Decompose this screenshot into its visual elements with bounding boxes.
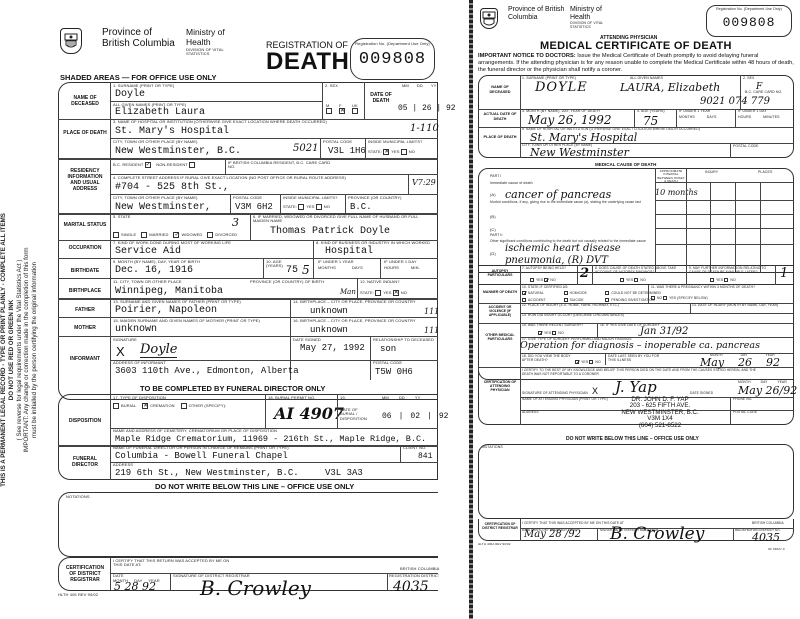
informant-postal-value[interactable]: T5W 0H6 <box>375 368 413 377</box>
ministry-name: Ministry of Health <box>186 27 236 47</box>
father-code: 111 <box>424 307 439 316</box>
under-year-cols: MONTHSDAYS <box>318 266 363 270</box>
part2-label: PART II <box>490 234 503 238</box>
section-father: FATHER <box>62 307 108 313</box>
right-registration-number: 009808 <box>707 15 791 30</box>
client-no-label: CLIENT NO. <box>403 446 426 450</box>
view-body-label: 18. DID YOU VIEW THE BODY AFTER DEATH? <box>522 355 572 362</box>
side-notice-line-1: THIS IS A PERMANENT LEGAL RECORD - TYPE … <box>0 140 8 560</box>
client-no-value[interactable]: 841 <box>418 453 432 461</box>
physician-postal-label: POSTAL CODE <box>733 411 757 415</box>
registration-number-box: Registration No. (Department Use Only) 0… <box>350 38 435 80</box>
city-label: CITY, TOWN OR OTHER PLACE (by name) <box>113 140 198 144</box>
address-value[interactable]: #704 - 525 8th St., <box>115 183 229 193</box>
section-registrar: CERTIFICATION OF DISTRICT REGISTRAR <box>62 565 108 583</box>
section-place-of-death: PLACE OF DEATH <box>62 130 108 136</box>
injury-date-label: 13. DATE OF INJURY (MONTH by name, DAY, … <box>692 304 778 308</box>
sheet-divider <box>469 0 473 619</box>
right-section-manner: MANNER OF DEATH <box>481 290 519 294</box>
postal-value[interactable]: V3L 1H6 <box>328 147 366 156</box>
inside-no-checkbox[interactable] <box>401 149 407 155</box>
autopsy-q1: 7. AUTOPSY BEING HELD? <box>522 267 566 271</box>
relationship-label: RELATIONSHIP TO DECEASED <box>373 338 437 342</box>
spouse-value[interactable]: Thomas Patrick Doyle <box>270 227 390 237</box>
physician-name-label: NAME OF ATTENDING PHYSICIAN (Print or Ty… <box>522 398 608 402</box>
registration-number: 009808 <box>351 50 434 69</box>
autopsy-q3: 9. MAY FURTHER INFORMATION RELATING TO C… <box>689 267 774 274</box>
registrar-district-value[interactable]: 4035 <box>393 579 429 595</box>
bc-resident-checkbox[interactable]: ✓ <box>145 162 151 168</box>
col-places-label: PLACES <box>758 171 772 175</box>
manner-accident[interactable]: ACCIDENT <box>522 298 564 303</box>
mother-code: 111 <box>424 326 439 335</box>
autopsy-q1-yes[interactable] <box>530 278 534 282</box>
dod-columns: MMDDYY <box>402 84 436 88</box>
disposition-date-value[interactable]: 06|02|92 <box>382 412 448 421</box>
res-city-value[interactable]: New Westminster, <box>115 203 211 213</box>
marital-state-code: 3 <box>232 216 239 229</box>
registrar-signature[interactable]: B. Crowley <box>200 576 311 600</box>
surname-value[interactable]: Doyle <box>115 90 145 100</box>
marital-widowed[interactable]: ✓WIDOWED <box>173 232 202 238</box>
physician-stamp: DR. JOHN D. F. YAP 203 - 625 FIFTH AVE. … <box>600 397 720 429</box>
cause-a-interval[interactable]: 10 months <box>655 188 698 197</box>
funeral-address-label: ADDRESS <box>113 463 133 467</box>
disposition-other[interactable]: OTHER (SPECIFY): <box>181 403 227 409</box>
last-seen-label: DATE LAST SEEN BY YOU FOR THIS ILLNESS <box>608 355 668 362</box>
city-value[interactable]: New Westminster, B.C. <box>115 147 241 157</box>
inside-yes-checkbox[interactable]: ✕ <box>383 149 389 155</box>
funeral-name-value[interactable]: Columbia - Bowell Funeral Chapel <box>115 452 288 461</box>
side-notice-line-3: ( See reverse for legal requirements und… <box>16 140 24 560</box>
burial-permit-label: 18. BURIAL PERMIT No. <box>268 396 315 400</box>
funeral-director-heading: TO BE COMPLETED BY FUNERAL DIRECTOR ONLY <box>140 384 325 393</box>
due-to-label: Morbid conditions, if any, giving rise t… <box>490 201 660 205</box>
funeral-name-label: NAME OF FUNERAL DIRECTOR OR PERSON IN CH… <box>113 446 289 450</box>
right-registrar-certify: I CERTIFY THAT THIS WAS ACCEPTED BY ME O… <box>522 522 624 526</box>
section-birthplace: BIRTHPLACE <box>62 288 108 294</box>
birth-province-label: PROVINCE (or country) OF BIRTH <box>250 280 324 284</box>
section-disposition: DISPOSITION <box>62 418 108 424</box>
immediate-cause-label: Immediate cause of death <box>490 182 533 186</box>
native-yes[interactable] <box>375 290 381 296</box>
right-city-value[interactable]: New Westminster <box>530 146 629 159</box>
right-section-certification: CERTIFICATION OF ATTENDING PHYSICIAN <box>481 380 519 393</box>
registration-number-label: Registration No. (Department Use Only) <box>351 42 434 46</box>
sex-label: 2. SEX <box>325 84 338 88</box>
right-section-other-medical: OTHER MEDICAL PARTICULARS <box>481 333 519 341</box>
inside-limits-options: STATE: ✕YES NO <box>368 149 415 155</box>
residence-type: B.C. RESIDENT ✓ NON-RESIDENT <box>113 162 197 168</box>
right-ministry-name: Ministry of Health <box>570 6 610 22</box>
division-name: Division of Vital Statistics <box>186 48 246 57</box>
father-value[interactable]: Poirier, Napoleon <box>115 306 217 316</box>
mother-label: 15. MAIDEN SURNAME AND GIVEN NAMES OF MO… <box>113 319 260 323</box>
autopsy-q3-options: YES NO <box>710 278 736 283</box>
right-registrar-district[interactable]: 4035 <box>752 531 780 544</box>
informant-signature[interactable]: Doyle <box>140 342 177 358</box>
industry-value[interactable]: Hospital <box>325 247 373 257</box>
right-registration-box: Registration No. (Department Use Only) 0… <box>706 5 792 37</box>
res-postal-value[interactable]: V3M 6H2 <box>235 203 273 212</box>
certification-statement: I CERTIFY TO THE BEST OF MY KNOWLEDGE AN… <box>522 369 762 376</box>
autopsy-q1-options: YES ✓NO <box>530 278 556 283</box>
address-label: 4. COMPLETE STREET ADDRESS if rural give… <box>113 176 373 180</box>
registrar-bc-label: BRITISH COLUMBIA <box>400 567 439 571</box>
right-section-registrar: CERTIFICATION OF DISTRICT REGISTRAR <box>481 523 519 531</box>
cause-d-line-1[interactable]: ischemic heart disease <box>505 243 621 254</box>
informant-signature-label: SIGNATURE <box>113 338 137 342</box>
form-title-large: DEATH <box>266 48 349 76</box>
disposition-date-number: 19. <box>340 396 346 400</box>
age-code: 5 <box>302 263 310 277</box>
sex-options: M F✕ UK <box>326 104 360 114</box>
mother-birthplace-label: 16. BIRTHPLACE – CITY OR PLACE, PROVINCE… <box>293 319 416 323</box>
autopsy-q1-code: 2 <box>580 266 589 281</box>
informant-date-label: DATE SIGNED <box>293 338 321 342</box>
birth-province-code: Man <box>340 288 356 296</box>
physician-date-label: DATE SIGNED <box>690 392 713 396</box>
surgery-type-value[interactable]: Operation for diagnosis – inoperable ca.… <box>520 340 760 351</box>
res-province-value[interactable]: B.C. <box>350 203 372 212</box>
right-section-autopsy: AUTOPSY PARTICULARS <box>481 269 519 277</box>
marital-single[interactable]: SINGLE <box>113 232 136 238</box>
sex-option-m[interactable]: M <box>326 104 334 114</box>
section-occupation: OCCUPATION <box>62 245 108 251</box>
occupation-value[interactable]: Service Aid <box>115 247 181 257</box>
right-section-name: NAME OF DECEASED <box>481 85 519 94</box>
notations-label: NOTATIONS <box>66 495 90 499</box>
birthplace-value[interactable]: Winnipeg, Manitoba <box>115 287 223 297</box>
physician-sig-label: SIGNATURE OF ATTENDING PHYSICIAN <box>522 392 588 396</box>
right-province-name: Province of British Columbia <box>508 6 568 22</box>
birthplace-label: 11. CITY, TOWN OR OTHER PLACE <box>113 280 182 284</box>
injury-place-label: 12. PLACE OF INJURY (e.g. home, farm, hi… <box>522 304 619 308</box>
section-mother: MOTHER <box>62 325 108 331</box>
section-informant: INFORMANT <box>62 356 108 362</box>
inside-limits-label: INSIDE MUNICIPAL LIMITS? <box>368 140 422 144</box>
relationship-value[interactable]: son <box>380 345 396 354</box>
informant-address-label: ADDRESS OF INFORMANT <box>113 361 166 365</box>
medical-cause-heading: MEDICAL CAUSE OF DEATH <box>595 162 656 167</box>
notations-box <box>58 492 438 557</box>
physician-signature[interactable]: J. Yap <box>615 378 657 396</box>
side-notice-line-4: IMPORTANT: Any change or correction made… <box>23 140 31 560</box>
right-section-place: PLACE OF DEATH <box>481 135 519 140</box>
right-under-year: IF UNDER 1 YEAR MONTHSDAYS <box>679 110 716 120</box>
right-form-code: SF 94627-0 <box>768 548 785 551</box>
side-notice-line-5: must be initialled by the person certify… <box>31 140 39 560</box>
marital-married[interactable]: MARRIED <box>141 232 168 238</box>
province-name: Province of British Columbia <box>102 27 182 49</box>
date-of-death-value[interactable]: 05 | 26 | 92 <box>398 104 456 113</box>
section-residency: RESIDENCY INFORMATION AND USUAL ADDRESS <box>62 168 108 192</box>
care-card-label: IF BRITISH COLUMBIA RESIDENT, B.C. CARE … <box>228 161 338 170</box>
hospital-code: 1-110 <box>410 123 439 134</box>
date-of-death-label: DATE OF DEATH <box>366 92 396 104</box>
pregnancy-label: 11. WAS THERE A PREGNANCY WITHIN 3 MONTH… <box>651 286 761 290</box>
disposition-place-label: NAME AND ADDRESS OF CEMETERY, CREMATORIU… <box>113 429 277 433</box>
right-under-day: IF UNDER 1 DAY HOURSMINUTES <box>738 110 780 120</box>
left-form-number: HLTH 405 REV 90/02 <box>58 593 98 597</box>
manner-label: 10. STATE IF CERTIFIED AS: <box>522 286 568 290</box>
right-postal-label: POSTAL CODE <box>733 145 759 149</box>
informant-postal-label: POSTAL CODE <box>373 361 402 365</box>
cause-d-prefix: (d) <box>490 252 496 256</box>
right-registrar-date[interactable]: May 28 /92 <box>524 529 581 540</box>
marital-divorced[interactable]: DIVORCED <box>207 232 237 238</box>
manner-undetermined[interactable]: COULD NOT BE DETERMINED <box>605 291 672 296</box>
cause-c-prefix: (c) <box>490 228 496 232</box>
birthdate-label: 9. MONTH (by name), DAY, YEAR OF BIRTH <box>113 260 200 264</box>
res-inside-options: STATE: YES NO <box>283 204 330 210</box>
native-options: STATE: YES ✕NO <box>360 290 407 296</box>
right-dod-value[interactable]: May 26, 1992 <box>528 113 611 127</box>
right-notations-box <box>478 444 794 519</box>
sex-option-uk[interactable]: UK <box>352 104 360 114</box>
surgery-date-value[interactable]: Jan 31/92 <box>640 326 688 337</box>
birthdate-value[interactable]: Dec. 16, 1916 <box>115 266 193 276</box>
city-code: 5021 <box>293 143 318 154</box>
marital-state-label: 5. STATE <box>113 215 131 219</box>
manner-natural[interactable]: ✓NATURAL <box>522 291 564 296</box>
hospital-value[interactable]: St. Mary's Hospital <box>115 127 229 137</box>
mother-value[interactable]: unknown <box>115 325 157 335</box>
informant-date-value[interactable]: May 27, 1992 <box>300 344 365 353</box>
res-province-label: PROVINCE (or country) <box>348 196 402 200</box>
disposition-options: BURIAL ✕CREMATION OTHER (SPECIFY): <box>113 403 226 409</box>
registrar-date-value[interactable]: 5 28 92 <box>114 580 156 593</box>
cause-a-prefix: (a) <box>490 193 496 197</box>
physician-phone-label: PHONE NO. <box>733 398 752 402</box>
side-legal-notice: THIS IS A PERMANENT LEGAL RECORD - TYPE … <box>0 140 50 560</box>
disposition-date-cols: MMDDYY <box>382 396 420 400</box>
disposition-place-value[interactable]: Maple Ridge Crematorium, 11969 - 216th S… <box>115 435 426 444</box>
surname-label: 1. SURNAME (Print or Type) <box>113 84 174 88</box>
burial-permit-value[interactable]: AI 4907 <box>274 404 344 423</box>
native-no[interactable]: ✕ <box>393 290 399 296</box>
office-use-heading: DO NOT WRITE BELOW THIS LINE – OFFICE US… <box>155 482 354 491</box>
right-sex-label: 2. SEX <box>743 77 755 81</box>
right-notations-label: NOTATIONS <box>482 446 503 450</box>
right-given-value[interactable]: LAURA, Elizabeth <box>620 81 720 94</box>
autopsy-q3-code: 1 <box>780 266 788 281</box>
injury-how-label: 14. HOW DID INJURY OCCUR? (describe circ… <box>522 314 624 318</box>
funeral-address-value[interactable]: 219 6th St., New Westminster, B.C. <box>115 469 299 478</box>
manner-options: ✓NATURAL HOMICIDE COULD NOT BE DETERMINE… <box>522 291 672 302</box>
non-resident-checkbox[interactable] <box>189 162 195 168</box>
res-postal-label: POSTAL CODE <box>233 196 262 200</box>
disposition-date-label: DATE OF BURIAL / DISPOSITION <box>340 408 370 421</box>
father-label: 13. SURNAME AND GIVEN NAMES OF FATHER (P… <box>113 300 241 304</box>
right-registrar-bc: BRITISH COLUMBIA <box>752 522 784 526</box>
res-inside-label: INSIDE MUNICIPAL LIMITS? <box>283 196 337 200</box>
side-notice-line-2: DO NOT USE RED OR GREEN INK <box>8 140 16 560</box>
disposition-type-label: 17. TYPE OF DISPOSITION <box>113 396 166 400</box>
industry-label: 8. KIND OF BUSINESS OR INDUSTRY IN WHICH… <box>316 241 436 245</box>
disposition-burial[interactable]: BURIAL <box>113 403 136 409</box>
registrar-district-label: REGISTRATION DISTRICT <box>389 574 439 578</box>
postal-label: POSTAL CODE <box>323 140 352 144</box>
right-care-label: B.C. CARE CARD NO. <box>745 91 782 95</box>
autopsy-q1-no[interactable]: ✓ <box>544 278 548 282</box>
right-division-name: Division of Vital Statistics <box>570 22 620 30</box>
physician-date-value[interactable]: May 26/92 <box>738 384 797 397</box>
bc-crest-icon <box>60 28 82 54</box>
hospital-label: 3. NAME OF HOSPITAL OR INSTITUTION (Othe… <box>113 120 333 124</box>
surgery-label: 15. WAS THERE RECENT SURGERY? <box>522 324 583 328</box>
funeral-postal-value[interactable]: V3L 3A3 <box>325 469 363 478</box>
office-use-banner: SHADED AREAS — FOR OFFICE USE ONLY <box>60 73 217 82</box>
sex-option-f[interactable]: F✕ <box>339 104 347 114</box>
right-registrar-signature[interactable]: B. Crowley <box>610 524 704 544</box>
section-funeral-director: FUNERAL DIRECTOR <box>62 456 108 468</box>
surgery-options: ✓YES NO <box>538 331 564 336</box>
right-surname-value[interactable]: DOYLE <box>535 80 588 95</box>
occupation-label: 7. KIND OF WORK DONE DURING MOST OF WORK… <box>113 241 231 245</box>
bc-crest-icon-right <box>480 8 498 29</box>
right-section-accident: ACCIDENT OR VIOLENCE (IF APPLICABLE) <box>481 306 519 318</box>
right-age-value[interactable]: 75 <box>643 114 658 128</box>
informant-address-value[interactable]: 3603 110th Ave., Edmonton, Alberta <box>115 367 299 376</box>
right-care-value[interactable]: 9021 074 779 <box>700 96 770 107</box>
right-section-date-of-death: ACTUAL DATE OF DEATH <box>481 112 519 121</box>
disposition-cremation[interactable]: ✕CREMATION <box>142 403 175 409</box>
mother-birthplace-value[interactable]: unknown <box>310 326 348 335</box>
view-body-options: ✓YES NO <box>575 360 601 365</box>
native-label: 12. NATIVE INDIAN? <box>360 280 400 284</box>
autopsy-q2: 8. DOES CAUSE OF DEATH STATED ABOVE TAKE… <box>595 267 685 274</box>
manner-homicide[interactable]: HOMICIDE <box>564 291 606 296</box>
manner-suicide[interactable]: SUICIDE <box>564 298 606 303</box>
address-code: V7:29 <box>412 178 436 187</box>
autopsy-q2-options: YES NO <box>620 278 646 283</box>
section-name-of-deceased: NAME OF DECEASED <box>62 95 108 107</box>
registrar-certify: I CERTIFY THAT THIS RETURN WAS ACCEPTED … <box>113 559 233 568</box>
physician-address-label: ADDRESS <box>522 411 539 415</box>
section-marital-status: MARITAL STATUS <box>62 222 108 228</box>
informant-sig-x: X <box>116 344 125 359</box>
father-birthplace-label: 14. BIRTHPLACE – CITY OR PLACE, PROVINCE… <box>293 300 416 304</box>
res-city-label: CITY, TOWN OR OTHER PLACE (by name) <box>113 196 198 200</box>
col-injury-label: INJURY <box>705 171 718 175</box>
marital-options: SINGLE MARRIED ✓WIDOWED DIVORCED <box>113 232 237 238</box>
under-day-cols: HOURSMIN. <box>384 266 420 270</box>
age-value[interactable]: 75 <box>286 266 298 276</box>
medical-certificate-title: MEDICAL CERTIFICATE OF DEATH <box>540 40 732 52</box>
cause-b-prefix: (b) <box>490 215 496 219</box>
spouse-label: 6. IF MARRIED, WIDOWED OR DIVORCED GIVE … <box>253 215 433 224</box>
res-inside-yes[interactable] <box>298 204 304 210</box>
pregnancy-options: NO YES (SPECIFY BELOW) <box>651 296 708 301</box>
right-form-number: HLTH 406A REV 90/02 <box>478 543 511 546</box>
res-inside-no[interactable] <box>316 204 322 210</box>
doctor-notice: IMPORTANT NOTICE TO DOCTORS: Issue the M… <box>478 53 794 74</box>
given-names-value[interactable]: Elizabeth Laura <box>115 108 205 118</box>
physician-sig-x: X <box>592 386 598 396</box>
under-year-label: IF UNDER 1 YEAR <box>318 260 354 264</box>
part1-label: PART I <box>490 175 502 179</box>
father-birthplace-value[interactable]: unknown <box>310 307 348 316</box>
section-birthdate: BIRTHDATE <box>62 268 108 274</box>
under-day-label: IF UNDER 1 DAY <box>384 260 417 264</box>
right-office-use-heading: DO NOT WRITE BELOW THIS LINE – OFFICE US… <box>566 436 699 442</box>
